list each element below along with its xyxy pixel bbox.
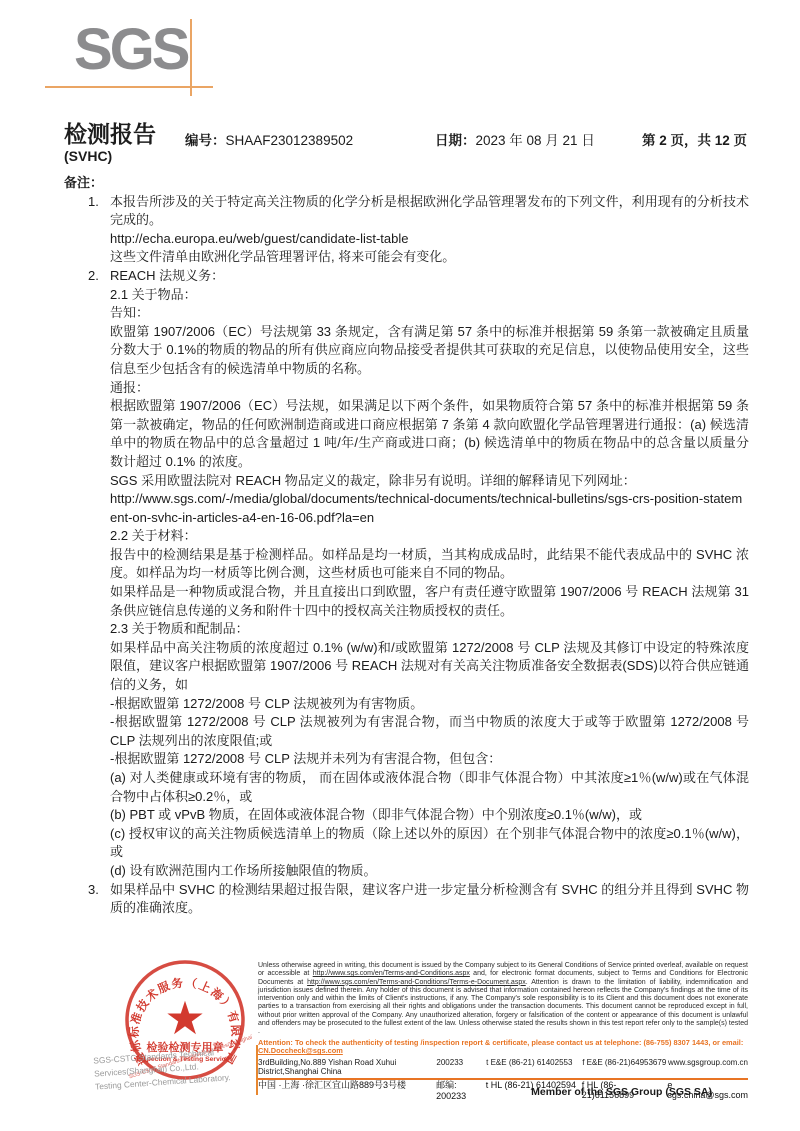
page-title: 检测报告 <box>64 116 156 149</box>
section-2-3-clause-d: (d) 设有欧洲范围内工作场所接触限值的物质。 <box>110 862 749 881</box>
section-2-1-paragraph-2: 根据欧盟第 1907/2006（EC）号法规，如果满足以下两个条件，如果物质符合… <box>110 397 749 471</box>
note1-paragraph-2: 这些文件清单由欧洲化学品管理署评估, 将来可能会有变化。 <box>110 248 749 267</box>
report-date: 日期：2023 年 08 月 21 日 <box>435 129 595 149</box>
section-2-3-title: 2.3 关于物质和配制品： <box>110 620 749 639</box>
report-date-label: 日期： <box>435 133 476 148</box>
section-2-1-title: 2.1 关于物品： <box>110 286 749 305</box>
note-body: REACH 法规义务： 2.1 关于物品： 告知： 欧盟第 1907/2006（… <box>110 267 749 881</box>
report-page: SGS 检测报告 (SVHC) 编号：SHAAF23012389502 日期：2… <box>0 0 800 1131</box>
section-2-1-paragraph-3: SGS 采用欧盟法院对 REACH 物品定义的裁定，除非另有说明。详细的解释请见… <box>110 472 749 491</box>
report-date-value: 2023 年 08 月 21 日 <box>476 133 595 148</box>
section-2-3-bullet-2: -根据欧盟第 1272/2008 号 CLP 法规被列为有害混合物，而当中物质的… <box>110 713 749 750</box>
postcode-en: 200233 <box>436 1058 486 1067</box>
footer-crosshair-vertical <box>256 1045 258 1095</box>
note-item-3: 3. 如果样品中 SVHC 的检测结果超过报告限，建议客户进一步定量分析检测含有… <box>88 881 749 918</box>
section-2-3-bullet-3: -根据欧盟第 1272/2008 号 CLP 法规并未列为有害混合物，但包含： <box>110 750 749 769</box>
doccheck-email: CN.Doccheck@sgs.com <box>258 1046 343 1055</box>
section-2-2-title: 2.2 关于材料： <box>110 527 749 546</box>
note-item-2: 2. REACH 法规义务： 2.1 关于物品： 告知： 欧盟第 1907/20… <box>88 267 749 881</box>
reach-heading: REACH 法规义务： <box>110 267 749 286</box>
fax-en: f E&E (86-21)64953679 <box>582 1058 668 1067</box>
footer-rule <box>258 1078 748 1080</box>
e-document-terms-url: http://www.sgs.com/en/Terms-and-Conditio… <box>307 979 526 986</box>
notes-label: 备注： <box>64 174 749 193</box>
notes-section: 备注： 1. 本报告所涉及的关于特定高关注物质的化学分析是根据欧洲化学品管理署发… <box>64 174 749 918</box>
postcode-cn: 邮编: 200233 <box>436 1078 486 1101</box>
sgs-position-statement-url: http://www.sgs.com/-/media/global/docume… <box>110 490 749 527</box>
sgs-logo: SGS <box>74 21 188 79</box>
page-subtitle: (SVHC) <box>64 148 112 164</box>
section-2-1-paragraph-1: 欧盟第 1907/2006（EC）号法规第 33 条规定，含有满足第 57 条中… <box>110 323 749 379</box>
page-indicator: 第 2 页，共 12 页 <box>642 129 747 149</box>
section-2-2-paragraph-1: 报告中的检测结果是基于检测样品。如样品是均一材质，当其构成成品时，此结果不能代表… <box>110 546 749 583</box>
note-number: 1. <box>88 193 110 267</box>
section-2-3-clause-c: (c) 授权审议的高关注物质候选清单上的物质（除上述以外的原因）在个别非气体混合… <box>110 825 749 862</box>
note-item-1: 1. 本报告所涉及的关于特定高关注物质的化学分析是根据欧洲化学品管理署发布的下列… <box>88 193 749 267</box>
report-label: 通报： <box>110 379 749 398</box>
note-body: 如果样品中 SVHC 的检测结果超过报告限，建议客户进一步定量分析检测含有 SV… <box>110 881 749 918</box>
phone-en: t E&E (86-21) 61402553 <box>486 1058 582 1067</box>
disclaimer-text: . Attention is drawn to the limitation o… <box>258 979 748 1036</box>
terms-url: http://www.sgs.com/en/Terms-and-Conditio… <box>313 970 470 977</box>
address-en: 3rdBuilding,No.889 Yishan Road Xuhui Dis… <box>258 1058 436 1076</box>
footer: Unless otherwise agreed in writing, this… <box>258 962 748 1101</box>
notify-label: 告知： <box>110 304 749 323</box>
report-number: 编号：SHAAF23012389502 <box>185 129 353 149</box>
section-2-3-clause-a: (a) 对人类健康或环境有害的物质， 而在固体或液体混合物（即非气体混合物）中其… <box>110 769 749 806</box>
report-number-value: SHAAF23012389502 <box>226 133 354 148</box>
note1-paragraph: 本报告所涉及的关于特定高关注物质的化学分析是根据欧洲化学品管理署发布的下列文件，… <box>110 193 749 230</box>
section-2-2-paragraph-2: 如果样品是一种物质或混合物，并且直接出口到欧盟，客户有责任遵守欧盟第 1907/… <box>110 583 749 620</box>
address-row-en: 3rdBuilding,No.889 Yishan Road Xuhui Dis… <box>258 1058 748 1076</box>
note-number: 3. <box>88 881 110 918</box>
logo-crosshair-horizontal <box>45 86 213 88</box>
member-line: Member of the SGS Group (SGS SA) <box>531 1086 712 1098</box>
website: www.sgsgroup.com.cn <box>668 1058 748 1067</box>
note-number: 2. <box>88 267 110 881</box>
echa-candidate-list-url: http://echa.europa.eu/web/guest/candidat… <box>110 230 749 249</box>
report-number-label: 编号： <box>185 133 226 148</box>
section-2-3-clause-b: (b) PBT 或 vPvB 物质，在固体或液体混合物（即非气体混合物）中个别浓… <box>110 806 749 825</box>
note-body: 本报告所涉及的关于特定高关注物质的化学分析是根据欧洲化学品管理署发布的下列文件，… <box>110 193 749 267</box>
note3-paragraph: 如果样品中 SVHC 的检测结果超过报告限，建议客户进一步定量分析检测含有 SV… <box>110 881 749 918</box>
star-icon: ★ <box>164 992 205 1044</box>
section-2-3-bullet-1: -根据欧盟第 1272/2008 号 CLP 法规被列为有害物质。 <box>110 695 749 714</box>
section-2-3-paragraph-1: 如果样品中高关注物质的浓度超过 0.1% (w/w)和/或欧盟第 1272/20… <box>110 639 749 695</box>
terms-disclaimer: Unless otherwise agreed in writing, this… <box>258 962 748 1037</box>
logo-crosshair-vertical <box>190 19 192 96</box>
authenticity-attention: Attention: To check the authenticity of … <box>258 1039 748 1056</box>
